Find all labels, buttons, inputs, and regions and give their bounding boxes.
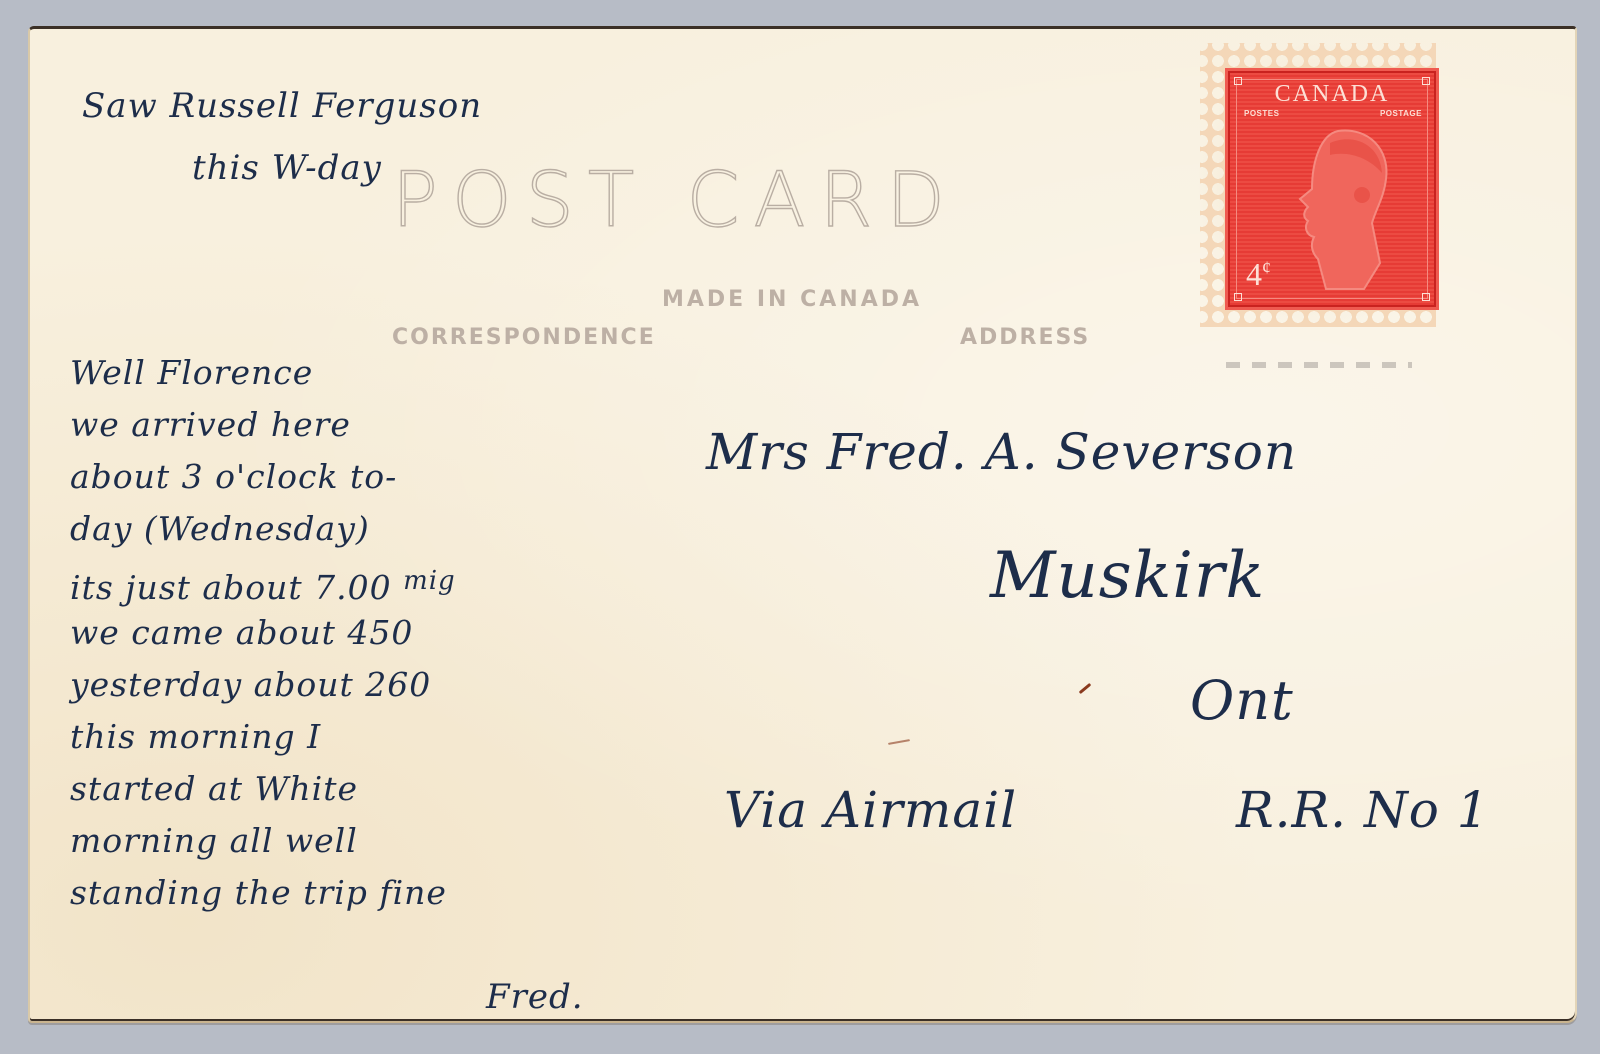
message-line: we arrived here bbox=[70, 399, 456, 451]
handwritten-message: Well Florence we arrived here about 3 o'… bbox=[70, 347, 456, 919]
made-in-canada-label: MADE IN CANADA bbox=[662, 287, 922, 312]
message-line: standing the trip fine bbox=[70, 867, 456, 919]
message-line: about 3 o'clock to- bbox=[70, 451, 456, 503]
recipient-town: Muskirk bbox=[990, 539, 1265, 613]
top-note: Saw Russell Ferguson this W-day bbox=[82, 75, 482, 199]
margin-note: mig bbox=[403, 566, 456, 596]
message-line: we came about 450 bbox=[70, 607, 456, 659]
top-note-line: Saw Russell Ferguson bbox=[82, 75, 482, 137]
stamp-corner-ornament bbox=[1422, 293, 1430, 301]
message-line: Well Florence bbox=[70, 347, 456, 399]
message-line: started at White bbox=[70, 763, 456, 815]
king-portrait-icon bbox=[1268, 113, 1408, 293]
stamp-corner-ornament bbox=[1234, 293, 1242, 301]
message-line: yesterday about 260 bbox=[70, 659, 456, 711]
signature: Fred. bbox=[486, 977, 584, 1017]
postage-stamp: CANADA POSTES POSTAGE 4¢ bbox=[1228, 71, 1436, 307]
rural-route: R.R. No 1 bbox=[1236, 781, 1490, 839]
message-line: its just about 7.00 mig bbox=[70, 555, 456, 607]
stamp-cancel-dashes bbox=[1226, 362, 1412, 368]
top-note-line: this W-day bbox=[82, 137, 482, 199]
postcard-back: POST CARD MADE IN CANADA CORRESPONDENCE … bbox=[28, 26, 1577, 1023]
message-line: day (Wednesday) bbox=[70, 503, 456, 555]
recipient-province: Ont bbox=[1190, 669, 1294, 732]
stamp-country: CANADA bbox=[1230, 81, 1434, 108]
message-line: this morning I bbox=[70, 711, 456, 763]
ink-mark bbox=[1079, 683, 1092, 694]
stamp-value: 4¢ bbox=[1246, 256, 1271, 293]
message-line: morning all well bbox=[70, 815, 456, 867]
recipient-name: Mrs Fred. A. Severson bbox=[706, 423, 1297, 481]
via-airmail: Via Airmail bbox=[724, 781, 1017, 839]
address-label: ADDRESS bbox=[960, 325, 1090, 350]
ink-mark bbox=[888, 739, 910, 745]
